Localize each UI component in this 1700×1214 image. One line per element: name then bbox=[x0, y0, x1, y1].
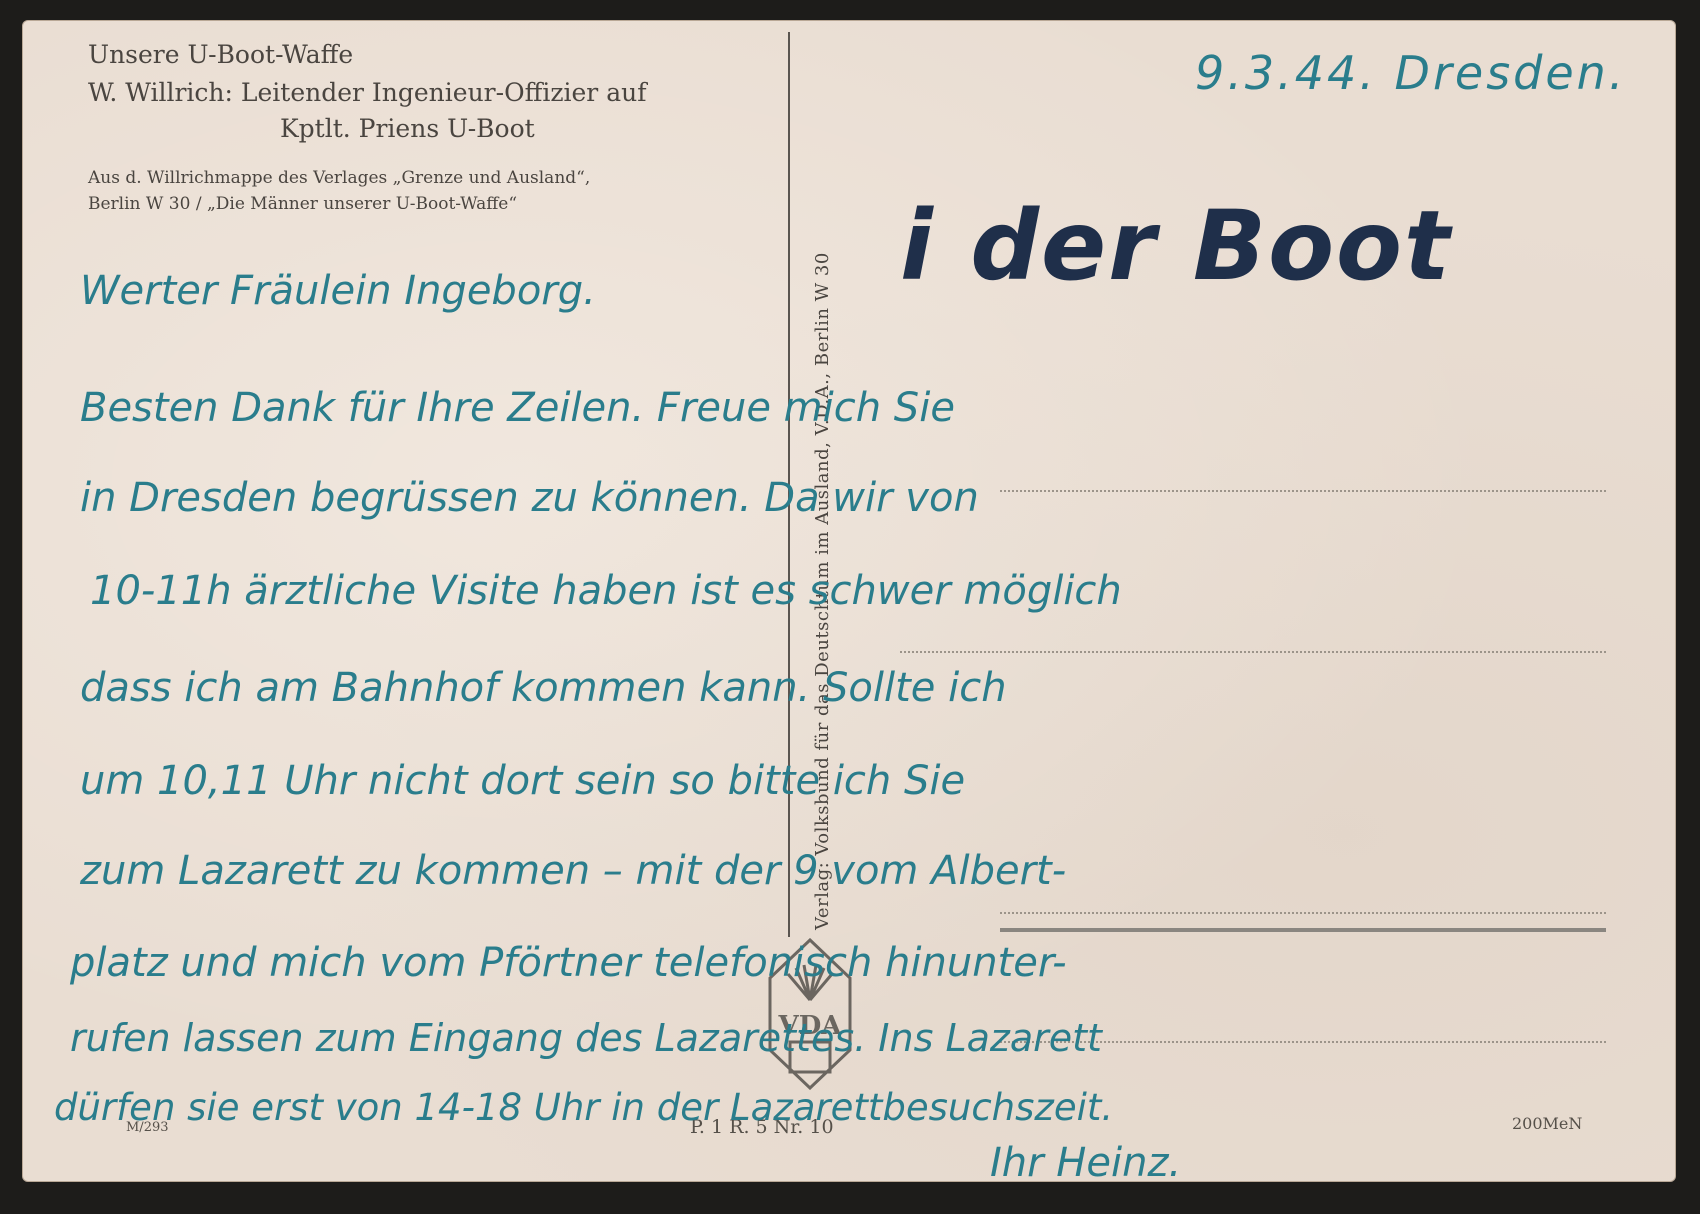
letter-line: Werter Fräulein Ingeborg. bbox=[80, 268, 596, 314]
card-subtitle-continued: Kptlt. Priens U-Boot bbox=[280, 114, 535, 143]
letter-line: um 10,11 Uhr nicht dort sein so bitte ic… bbox=[80, 758, 965, 804]
letter-line: rufen lassen zum Eingang des Lazarettes.… bbox=[70, 1016, 1102, 1060]
letter-line: 10-11h ärztliche Visite haben ist es sch… bbox=[90, 568, 1122, 614]
letter-line: dürfen sie erst von 14-18 Uhr in der Laz… bbox=[54, 1086, 1113, 1129]
card-title: Unsere U-Boot-Waffe bbox=[88, 40, 353, 69]
address-line bbox=[1000, 912, 1606, 914]
address-line bbox=[1000, 490, 1606, 492]
publisher-credit: Aus d. Willrichmappe des Verlages „Grenz… bbox=[88, 168, 590, 188]
letter-line: dass ich am Bahnhof kommen kann. Sollte … bbox=[80, 665, 1007, 711]
address-line bbox=[900, 651, 1606, 653]
letter-signature: Ihr Heinz. bbox=[990, 1140, 1181, 1186]
handwritten-date-place: 9.3.44. Dresden. bbox=[1195, 46, 1626, 100]
publisher-credit-continued: Berlin W 30 / „Die Männer unserer U-Boot… bbox=[88, 194, 517, 214]
handwritten-address: i der Boot bbox=[900, 190, 1452, 302]
letter-line: Besten Dank für Ihre Zeilen. Freue mich … bbox=[80, 385, 955, 431]
letter-line: zum Lazarett zu kommen – mit der 9 vom A… bbox=[80, 848, 1066, 894]
letter-line: platz und mich vom Pförtner telefonisch … bbox=[70, 940, 1067, 986]
card-subtitle: W. Willrich: Leitender Ingenieur-Offizie… bbox=[88, 78, 646, 107]
address-underline bbox=[1000, 928, 1606, 932]
print-code-right: 200MeN bbox=[1512, 1114, 1582, 1133]
letter-line: in Dresden begrüssen zu können. Da wir v… bbox=[80, 475, 979, 521]
